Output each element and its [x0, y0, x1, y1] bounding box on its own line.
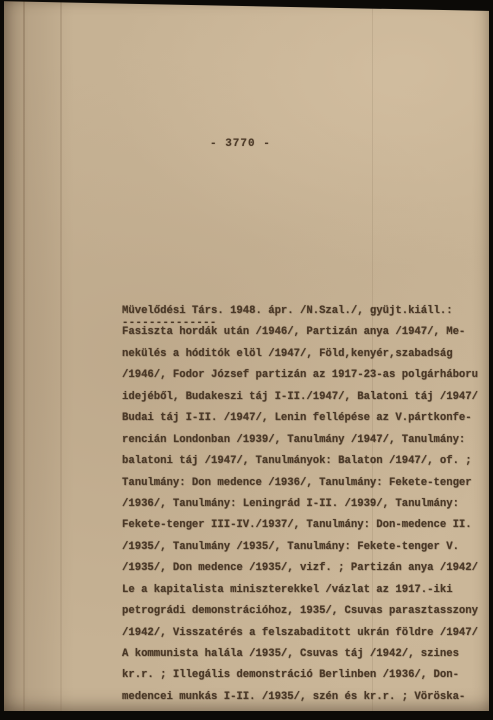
text-line: Fekete-tenger III-IV./1937/, Tanulmány: …	[122, 519, 488, 540]
text-line: Budai táj I-II. /1947/, Lenin fellépése …	[122, 412, 488, 433]
text-line: balatoni táj /1947/, Tanulmányok: Balato…	[122, 455, 488, 476]
paper-fold-line	[60, 0, 62, 711]
page-number: - 3770 -	[210, 138, 271, 150]
text-line: /1935/, Tanulmány /1935/, Tanulmány: Fek…	[122, 541, 488, 562]
text-line: /1935/, Don medence /1935/, vizf. ; Part…	[122, 562, 488, 583]
text-line: medencei munkás I-II. /1935/, szén és kr…	[122, 691, 488, 712]
text-line: Tanulmány: Don medence /1936/, Tanulmány…	[122, 477, 488, 498]
text-line: nekülés a hóditók elöl /1947/, Föld,keny…	[122, 348, 488, 369]
text-line: /1942/, Visszatérés a felszabaditott ukr…	[122, 627, 488, 648]
text-line: /1946/, Fodor József partizán az 1917-23…	[122, 369, 488, 390]
text-line: idejéből, Budakeszi táj I-II./1947/, Bal…	[122, 391, 488, 412]
text-line: Le a kapitalista miniszterekkel /vázlat …	[122, 584, 488, 605]
typewritten-text-block: Müvelődési Társ. 1948. ápr. /N.Szal./, g…	[122, 305, 488, 712]
paper-fold-line	[23, 0, 25, 711]
text-line: petrográdi demonstrációhoz, 1935/, Csuva…	[122, 605, 488, 626]
text-line: Fasiszta hordák után /1946/, Partizán an…	[122, 326, 488, 347]
text-line: kr.r. ; Illegális demonstráció Berlinben…	[122, 669, 488, 690]
text-line: /1936/, Tanulmány: Leningrád I-II. /1939…	[122, 498, 488, 519]
text-line: A kommunista halála /1935/, Csuvas táj /…	[122, 648, 488, 669]
scanned-document: { "page": { "number_label": "- 3770 -" }…	[0, 0, 493, 720]
text-line: rencián Londonban /1939/, Tanulmány /194…	[122, 434, 488, 455]
text-line-heading: Müvelődési Társ. 1948. ápr. /N.Szal./, g…	[122, 305, 488, 326]
